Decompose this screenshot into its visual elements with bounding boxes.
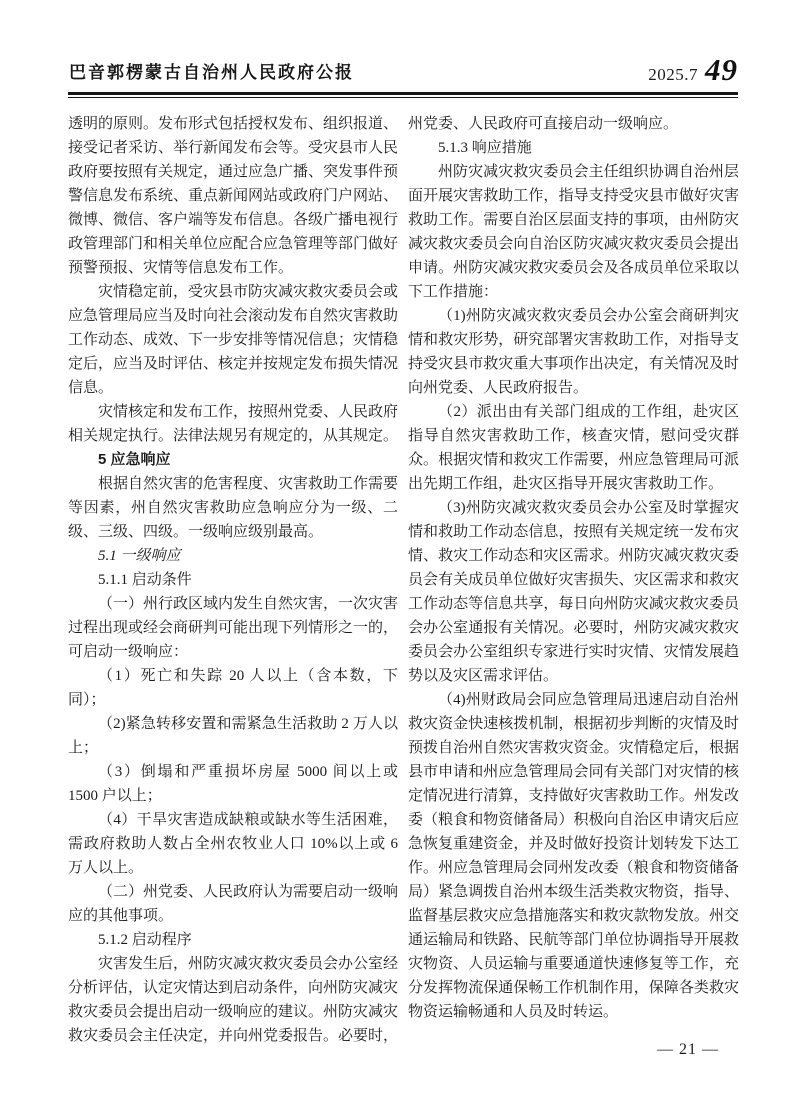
paragraph: （4）干旱灾害造成缺粮或缺水等生活困难，需政府救助人数占全州农牧业人口 10%以… [68, 808, 398, 880]
section-heading: 5 应急响应 [68, 448, 398, 472]
paragraph: 灾情核定和发布工作，按照州党委、人民政府相关规定执行。法律法规另有规定的，从其规… [68, 400, 398, 448]
paragraph: （2）派出由有关部门组成的工作组，赴灾区指导自然灾害救助工作，核查灾情，慰问受灾… [408, 400, 739, 496]
paragraph: （2)紧急转移安置和需紧急生活救助 2 万人以上； [68, 712, 398, 760]
publication-title: 巴音郭楞蒙古自治州人民政府公报 [69, 62, 354, 84]
section-heading: 5.1.3 响应措施 [408, 136, 739, 160]
issue-number: 49 [705, 52, 738, 88]
paragraph: （1)州防灾减灾救灾委员会办公室会商研判灾情和救灾形势，研究部署灾害救助工作，对… [408, 304, 739, 400]
paragraph: 灾情稳定前，受灾县市防灾减灾救灾委员会或应急管理局应当及时向社会滚动发布自然灾害… [68, 280, 398, 400]
paragraph: 州防灾减灾救灾委员会主任组织协调自治州层面开展灾害救助工作，指导支持受灾县市做好… [408, 160, 739, 304]
section-heading: 5.1 一级响应 [68, 544, 398, 568]
paragraph: （3)州防灾减灾救灾委员会办公室及时掌握灾情和救助工作动态信息，按照有关规定统一… [408, 496, 739, 688]
issue-info: 2025.7 49 [648, 52, 738, 88]
paragraph: 州党委、人民政府可直接启动一级响应。 [408, 112, 739, 136]
paragraph: （二）州党委、人民政府认为需要启动一级响应的其他事项。 [68, 880, 398, 928]
left-column: 透明的原则。发布形式包括授权发布、组织报道、接受记者采访、举行新闻发布会等。受灾… [68, 112, 398, 1048]
paragraph: （1）死亡和失踪 20 人以上（含本数，下同）； [68, 664, 398, 712]
paragraph: 透明的原则。发布形式包括授权发布、组织报道、接受记者采访、举行新闻发布会等。受灾… [68, 112, 398, 280]
paragraph: 根据自然灾害的危害程度、灾害救助工作需要等因素，州自然灾害救助应急响应分为一级、… [68, 472, 398, 544]
section-heading: 5.1.1 启动条件 [68, 568, 398, 592]
header-rule-thin [68, 97, 738, 98]
paragraph: （3）倒塌和严重损坏房屋 5000 间以上或 1500 户以上； [68, 760, 398, 808]
right-column: 州党委、人民政府可直接启动一级响应。5.1.3 响应措施州防灾减灾救灾委员会主任… [408, 112, 739, 1024]
paragraph: （4)州财政局会同应急管理局迅速启动自治州救灾资金快速核拨机制，根据初步判断的灾… [408, 688, 739, 1024]
section-heading: 5.1.2 启动程序 [68, 928, 398, 952]
header-rule-thick [68, 92, 738, 95]
page-number: — 21 — [628, 1041, 748, 1059]
issue-date: 2025.7 [648, 65, 698, 85]
paragraph: （一）州行政区域内发生自然灾害，一次灾害过程出现或经会商研判可能出现下列情形之一… [68, 592, 398, 664]
paragraph: 灾害发生后，州防灾减灾救灾委员会办公室经分析评估，认定灾情达到启动条件，向州防灾… [68, 952, 398, 1048]
gazette-page: 巴音郭楞蒙古自治州人民政府公报 2025.7 49 透明的原则。发布形式包括授权… [0, 0, 790, 1118]
